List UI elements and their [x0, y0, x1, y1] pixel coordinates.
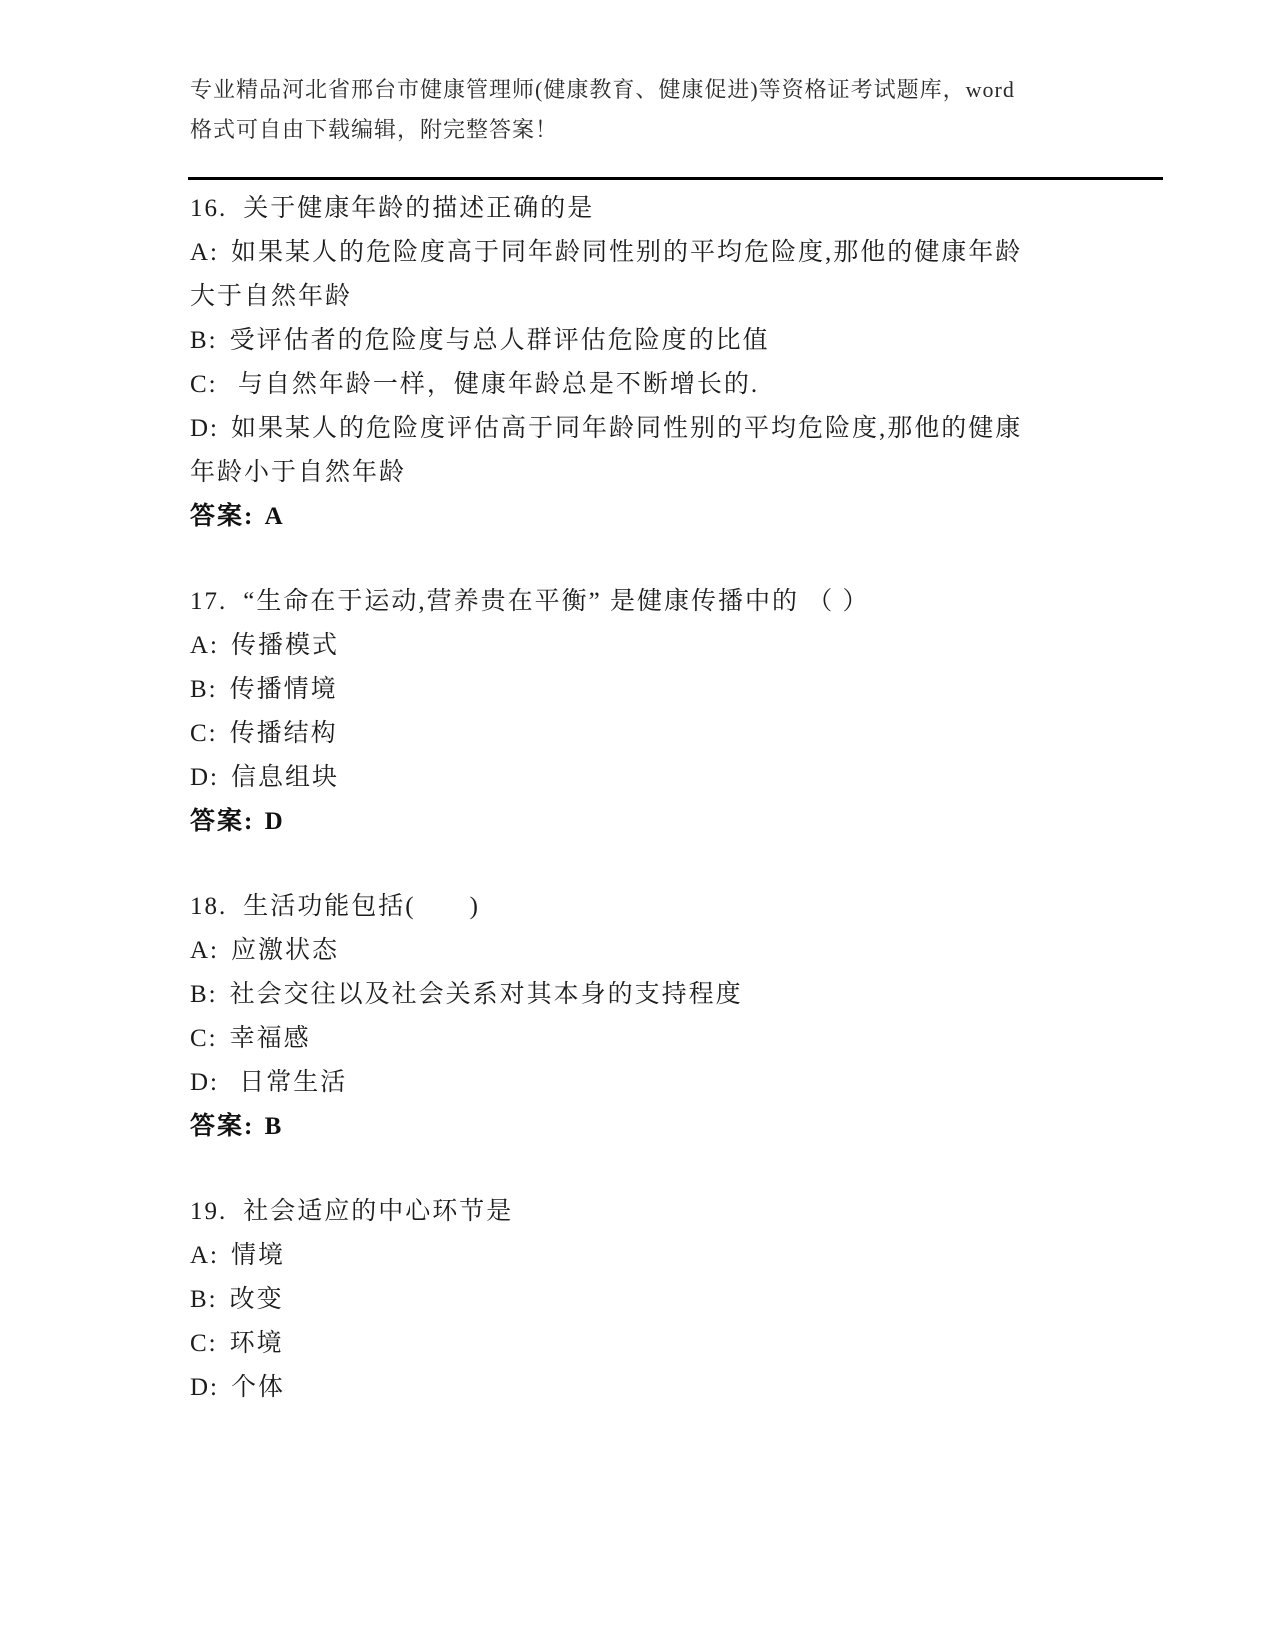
option-a: A:情境	[190, 1234, 1035, 1278]
option-text: 日常生活	[231, 1069, 347, 1096]
question-16: 16.关于健康年龄的描述正确的是 A:如果某人的危险度高于同年龄同性别的平均危险…	[190, 187, 1035, 539]
option-d: D:信息组块	[190, 756, 1035, 800]
option-text: 信息组块	[231, 764, 339, 791]
answer-value: B	[265, 1113, 284, 1140]
document-body: 16.关于健康年龄的描述正确的是 A:如果某人的危险度高于同年龄同性别的平均危险…	[190, 187, 1035, 1451]
answer-label: 答案:	[190, 1113, 254, 1140]
question-stem-text: “生命在于运动,营养贵在平衡” 是健康传播中的 （ ）	[243, 588, 869, 615]
option-d: D:个体	[190, 1366, 1035, 1410]
option-text: 如果某人的危险度评估高于同年龄同性别的平均危险度,那他的健康年龄小于自然年龄	[190, 415, 1022, 486]
option-label: D:	[190, 415, 219, 442]
option-b: B:传播情境	[190, 668, 1035, 712]
option-text: 传播结构	[230, 720, 338, 747]
option-b: B:受评估者的危险度与总人群评估危险度的比值	[190, 319, 1035, 363]
option-c: C: 与自然年龄一样，健康年龄总是不断增长的.	[190, 363, 1035, 407]
option-label: B:	[190, 327, 218, 354]
answer-value: A	[265, 503, 285, 530]
question-stem: 19.社会适应的中心环节是	[190, 1190, 1035, 1234]
question-18: 18.生活功能包括( ) A:应激状态 B:社会交往以及社会关系对其本身的支持程…	[190, 885, 1035, 1149]
option-text: 应激状态	[231, 937, 339, 964]
option-label: A:	[190, 632, 219, 659]
answer-row: 答案: D	[190, 800, 1035, 844]
question-number: 19.	[190, 1198, 227, 1225]
question-stem: 16.关于健康年龄的描述正确的是	[190, 187, 1035, 231]
answer-row: 答案: B	[190, 1105, 1035, 1149]
answer-label: 答案:	[190, 503, 254, 530]
header-line-1: 专业精品河北省邢台市健康管理师(健康教育、健康促进)等资格证考试题库，word	[190, 70, 1150, 110]
option-label: D:	[190, 1374, 219, 1401]
option-label: C:	[190, 1025, 218, 1052]
option-text: 与自然年龄一样，健康年龄总是不断增长的.	[230, 371, 760, 398]
answer-value: D	[265, 808, 285, 835]
question-stem: 17.“生命在于运动,营养贵在平衡” 是健康传播中的 （ ）	[190, 580, 1035, 624]
page-header: 专业精品河北省邢台市健康管理师(健康教育、健康促进)等资格证考试题库，word …	[190, 70, 1150, 150]
question-number: 17.	[190, 588, 227, 615]
option-label: B:	[190, 676, 218, 703]
option-label: A:	[190, 1242, 219, 1269]
option-text: 传播情境	[230, 676, 338, 703]
option-text: 环境	[230, 1330, 284, 1357]
option-c: C:环境	[190, 1322, 1035, 1366]
option-label: D:	[190, 764, 219, 791]
option-a: A:应激状态	[190, 929, 1035, 973]
question-number: 16.	[190, 195, 227, 222]
question-19: 19.社会适应的中心环节是 A:情境 B:改变 C:环境 D:个体	[190, 1190, 1035, 1410]
option-text: 个体	[231, 1374, 285, 1401]
answer-row: 答案: A	[190, 495, 1035, 539]
option-label: A:	[190, 239, 219, 266]
option-label: C:	[190, 1330, 218, 1357]
header-line-2: 格式可自由下载编辑，附完整答案！	[190, 110, 1150, 150]
option-text: 情境	[231, 1242, 285, 1269]
option-text: 传播模式	[231, 632, 339, 659]
question-stem-text: 生活功能包括( )	[243, 893, 480, 920]
option-b: B:改变	[190, 1278, 1035, 1322]
question-stem-text: 社会适应的中心环节是	[243, 1198, 513, 1225]
option-text: 如果某人的危险度高于同年龄同性别的平均危险度,那他的健康年龄大于自然年龄	[190, 239, 1022, 310]
option-text: 受评估者的危险度与总人群评估危险度的比值	[230, 327, 770, 354]
option-text: 幸福感	[230, 1025, 311, 1052]
option-label: C:	[190, 720, 218, 747]
option-b: B:社会交往以及社会关系对其本身的支持程度	[190, 973, 1035, 1017]
option-text: 社会交往以及社会关系对其本身的支持程度	[230, 981, 743, 1008]
option-label: A:	[190, 937, 219, 964]
document-page: 专业精品河北省邢台市健康管理师(健康教育、健康促进)等资格证考试题库，word …	[0, 0, 1275, 1650]
question-stem-text: 关于健康年龄的描述正确的是	[243, 195, 594, 222]
option-label: C:	[190, 371, 218, 398]
question-number: 18.	[190, 893, 227, 920]
option-label: D:	[190, 1069, 219, 1096]
option-text: 改变	[230, 1286, 284, 1313]
answer-label: 答案:	[190, 808, 254, 835]
question-stem: 18.生活功能包括( )	[190, 885, 1035, 929]
option-d: D:如果某人的危险度评估高于同年龄同性别的平均危险度,那他的健康年龄小于自然年龄	[190, 407, 1035, 495]
option-label: B:	[190, 981, 218, 1008]
option-label: B:	[190, 1286, 218, 1313]
question-17: 17.“生命在于运动,营养贵在平衡” 是健康传播中的 （ ） A:传播模式 B:…	[190, 580, 1035, 844]
option-a: A:传播模式	[190, 624, 1035, 668]
option-d: D: 日常生活	[190, 1061, 1035, 1105]
header-divider-rule	[188, 177, 1163, 180]
option-c: C:幸福感	[190, 1017, 1035, 1061]
option-c: C:传播结构	[190, 712, 1035, 756]
option-a: A:如果某人的危险度高于同年龄同性别的平均危险度,那他的健康年龄大于自然年龄	[190, 231, 1035, 319]
